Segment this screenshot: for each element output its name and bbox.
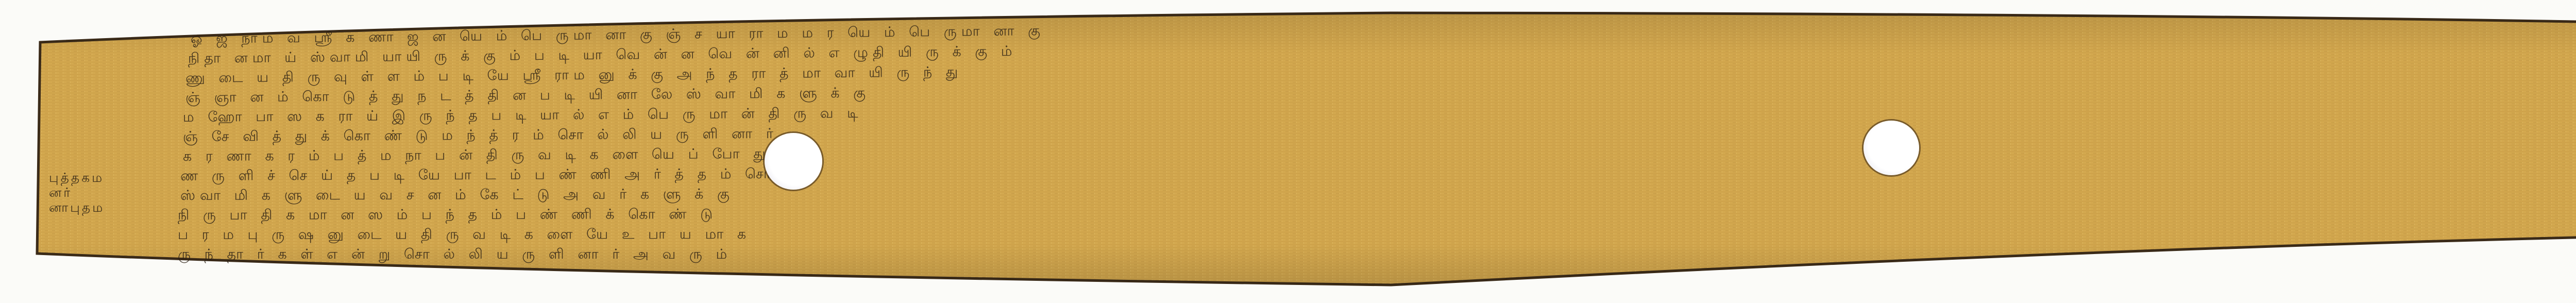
text-line: ஸ்வா மி க ளு டை ய வ ச ன ம் கே ட் டு அ வ … xyxy=(180,186,734,206)
text-line: ப ர ம பு ரு ஷ னு டை ய தி ரு வ டி க ளை யே… xyxy=(178,226,751,245)
binding-hole-left xyxy=(765,133,822,190)
text-line: க ர ணா க ர ம் ப த் ம நா ப ன் தி ரு வ டி … xyxy=(183,146,795,166)
margin-note-line: புத்தகம xyxy=(49,170,105,185)
margin-note-line: னாபுதம xyxy=(49,200,105,215)
text-line: ரு ந் தா ர் க ள் எ ன் று சொ ல் லி ய ரு ள… xyxy=(178,246,732,264)
palm-leaf: புத்தகம னர் னாபுதம ஓ ஜ நாம வ ஸ்ரீ க ணா ஜ… xyxy=(0,0,2576,303)
text-line: ஞ் சே வி த் து க் கொ ண் டு ம ந் த் ர ம் … xyxy=(183,126,778,147)
text-line: நி ரு பா தி க மா ன ஸ ம் ப ந் த ம் ப ண் ண… xyxy=(178,206,717,225)
margin-note-line: னர் xyxy=(49,185,105,200)
binding-hole-right xyxy=(1863,121,1919,175)
text-line: ண ரு ளி ச் செ ய் த ப டி யே பா ட ம் ப ண் … xyxy=(180,166,801,186)
margin-note: புத்தகம னர் னாபுதம xyxy=(49,170,105,215)
